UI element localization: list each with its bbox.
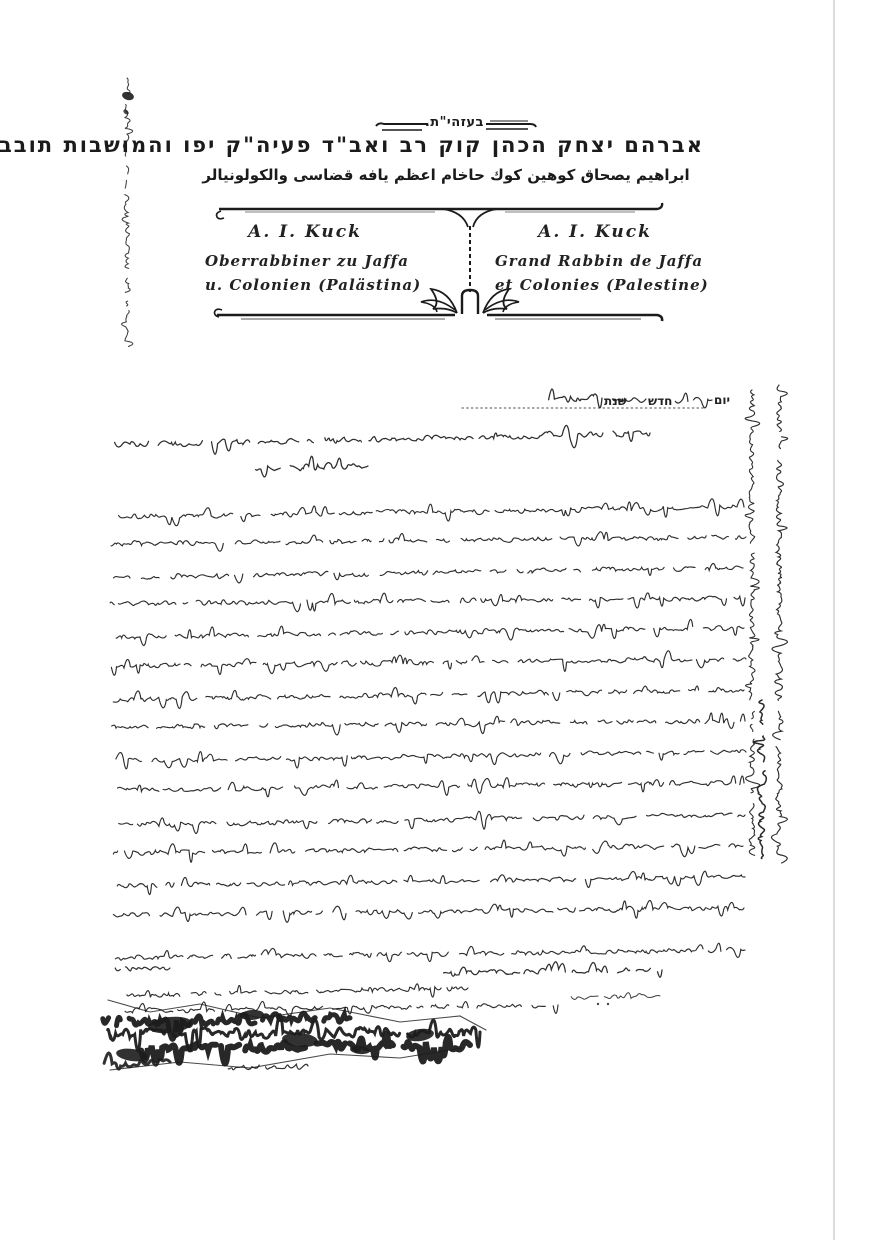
paper-damage-crease bbox=[97, 1000, 486, 1070]
margin-annotation-left bbox=[121, 78, 135, 347]
date-handwritten-entries bbox=[549, 389, 712, 408]
scanned-letter-page: בעזהי"ת. אברהם יצחק הכהן קוק רב ואב"ד פע… bbox=[0, 0, 874, 1240]
handwritten-salutation bbox=[115, 425, 650, 476]
margin-annotation-right bbox=[745, 385, 788, 863]
handwritten-manuscript-overlay bbox=[0, 0, 874, 1240]
handwritten-closing bbox=[115, 962, 662, 977]
signature-mark bbox=[571, 993, 660, 1006]
handwritten-body bbox=[104, 499, 746, 1070]
